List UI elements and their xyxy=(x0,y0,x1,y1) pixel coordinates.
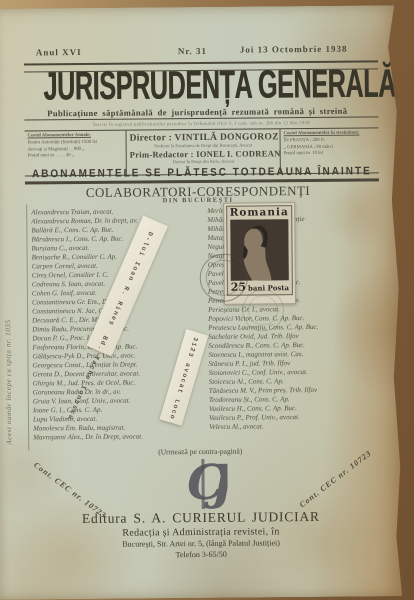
publisher-phone: Telefon 3-65/50 xyxy=(18,548,384,560)
subscription-domestic-lines: Pentru Autorități (Instituții) 1500 leiA… xyxy=(28,140,123,160)
publication-title: JURISPRUDENȚA GENERALĂ xyxy=(43,63,351,111)
margin-note-vertical: Acest număr începe cu spița nr. 1035 xyxy=(3,205,13,445)
register-line: Înscris în registrul publicațiunilor per… xyxy=(24,119,378,127)
masthead-issue-number: Nr. 31 xyxy=(178,46,207,56)
publisher-block: Editura S. A. CURIERUL JUDICIAR Redacția… xyxy=(18,508,384,560)
subscription-domestic-heading: Costul Abonamentelor Anuale: xyxy=(28,133,123,140)
masthead-year: Anul XVI xyxy=(36,47,82,57)
subscription-foreign-lines: ÎN FRANȚA : 200 fr.„ GERMANIA : 80 mărci… xyxy=(284,138,376,158)
curierul-judiciar-monogram-icon: CJ xyxy=(179,453,228,513)
stamp-country-label: Romania xyxy=(227,206,291,220)
postmark-circle xyxy=(200,254,248,302)
subscription-foreign-heading: Costul Abonamentelor în streinătate: xyxy=(284,130,376,137)
scanned-magazine-cover: Anul XVI Nr. 31 Joi 13 Octombrie 1938 JU… xyxy=(0,0,414,600)
postmark-circle xyxy=(242,289,284,331)
monogram-letters: CJ xyxy=(187,455,228,511)
list-item: Prețul unui nr. 10 lei xyxy=(284,151,376,158)
director-line: Director : VINTILĂ DONGOROZ xyxy=(130,132,277,143)
list-item: Mavrojanni Alex., Dr. în Drept, avocat. xyxy=(33,432,205,443)
editor-line: Prim-Redactor : IONEL I. CODREANU xyxy=(130,148,277,159)
list-item: Velescu Al., avocat. xyxy=(209,421,387,432)
masthead-date: Joi 13 Octombrie 1938 xyxy=(240,44,348,55)
margin-divider-line xyxy=(26,204,29,450)
publisher-address-line2: București, Str. Artei nr. 5, (lângă Pala… xyxy=(18,537,384,549)
list-item: Prețul unui nr. . . . . 40 „ xyxy=(28,153,123,160)
cec-account-note-right: Cont. CEC nr. 10723 xyxy=(298,448,373,509)
paper-sheet: Anul XVI Nr. 31 Joi 13 Octombrie 1938 JU… xyxy=(0,5,403,600)
